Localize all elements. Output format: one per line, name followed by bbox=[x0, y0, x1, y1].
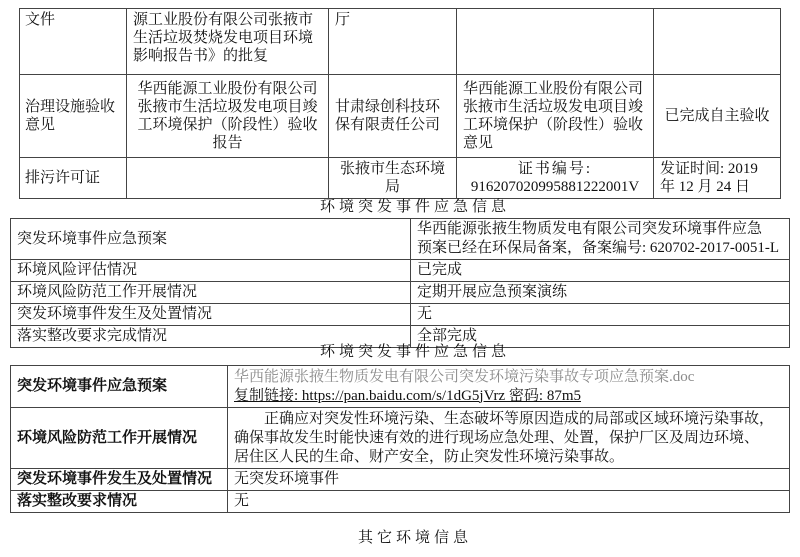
text-line: 甘肃绿创科技环 bbox=[335, 98, 450, 116]
table-row-acceptance: 治理设施验收 意见 华西能源工业股份有限公司 张掖市生活垃圾发电项目竣 工环境保… bbox=[20, 75, 781, 158]
row-value: 定期开展应急预案演练 bbox=[411, 282, 790, 304]
label-text: 文件 bbox=[25, 11, 120, 29]
cert-number: 916207020995881222001V bbox=[463, 178, 647, 196]
text-line: 华西能源工业股份有限公司 bbox=[463, 80, 647, 98]
file-dept-cell: 厅 bbox=[329, 9, 457, 75]
text-line: 华西能源张掖生物质发电有限公司突发环境事件应急 bbox=[417, 220, 783, 239]
acceptance-opinion-cell: 华西能源工业股份有限公司 张掖市生活垃圾发电项目竣 工环境保护（阶段性）验收 意… bbox=[457, 75, 654, 158]
pan-baidu-link[interactable]: 复制链接: https://pan.baidu.com/s/1dG5jVrz 密… bbox=[234, 387, 783, 406]
row-label-acceptance: 治理设施验收 意见 bbox=[20, 75, 127, 158]
row-value: 已完成 bbox=[411, 260, 790, 282]
text-line: 保有限责任公司 bbox=[335, 116, 450, 134]
acceptance-report-cell: 华西能源工业股份有限公司 张掖市生活垃圾发电项目竣 工环境保护（阶段性）验收 报… bbox=[127, 75, 329, 158]
text-line: 工环境保护（阶段性）验收 bbox=[463, 116, 647, 134]
section-title-emergency-2: 环境突发事件应急信息 bbox=[30, 344, 800, 360]
text-line: 预案已经在环保局备案，备案编号: 620702-2017-0051-L bbox=[417, 239, 783, 258]
plan-document-cell: 华西能源张掖生物质发电有限公司突发环境污染事故专项应急预案.doc 复制链接: … bbox=[228, 366, 790, 408]
row-label: 落实整改要求情况 bbox=[11, 491, 228, 513]
row-value: 无 bbox=[228, 491, 790, 513]
permit-cert-cell: 证书编号: 916207020995881222001V bbox=[457, 158, 654, 199]
text-line: 张掖市生活垃圾发电项目竣 bbox=[133, 98, 322, 116]
risk-prevention-cell: 正确应对突发性环境污染、生态破坏等原因造成的局部或区域环境污染事故， 确保事故发… bbox=[228, 408, 790, 469]
text-line: 华西能源工业股份有限公司 bbox=[133, 80, 322, 98]
text-line: 发证时间: 2019 bbox=[660, 160, 774, 178]
section-title-emergency-1: 环境突发事件应急信息 bbox=[30, 199, 800, 215]
text-line: 生活垃圾焚烧发电项目环境 bbox=[133, 29, 322, 47]
table-row: 落实整改要求情况 无 bbox=[11, 491, 790, 513]
file-approval-cell: 源工业股份有限公司张掖市 生活垃圾焚烧发电项目环境 影响报告书》的批复 bbox=[127, 9, 329, 75]
row-label: 突发环境事件发生及处置情况 bbox=[11, 304, 411, 326]
text-line: 年 12 月 24 日 bbox=[660, 178, 774, 196]
row-label: 突发环境事件发生及处置情况 bbox=[11, 469, 228, 491]
table-row: 突发环境事件发生及处置情况 无突发环境事件 bbox=[11, 469, 790, 491]
table-row: 环境风险防范工作开展情况 定期开展应急预案演练 bbox=[11, 282, 790, 304]
text-line: 源工业股份有限公司张掖市 bbox=[133, 11, 322, 29]
empty-cell bbox=[654, 9, 781, 75]
text-line: 张掖市生活垃圾发电项目竣 bbox=[463, 98, 647, 116]
text-line: 影响报告书》的批复 bbox=[133, 47, 322, 65]
permit-authority-cell: 张掖市生态环境 局 bbox=[329, 158, 457, 199]
table-row: 环境风险防范工作开展情况 正确应对突发性环境污染、生态破坏等原因造成的局部或区域… bbox=[11, 408, 790, 469]
plan-doc-filename: 华西能源张掖生物质发电有限公司突发环境污染事故专项应急预案.doc bbox=[234, 368, 783, 387]
text-line: 居住区人民的生命、财产安全，防止突发性环境污染事故。 bbox=[234, 448, 783, 467]
emergency-info-table-2: 突发环境事件应急预案 华西能源张掖生物质发电有限公司突发环境污染事故专项应急预案… bbox=[10, 365, 790, 513]
text-line: 厅 bbox=[335, 11, 450, 29]
row-label: 环境风险防范工作开展情况 bbox=[11, 282, 411, 304]
text-line: 意见 bbox=[463, 134, 647, 152]
acceptance-agency-cell: 甘肃绿创科技环 保有限责任公司 bbox=[329, 75, 457, 158]
table-row: 突发环境事件应急预案 华西能源张掖生物质发电有限公司突发环境事件应急 预案已经在… bbox=[11, 219, 790, 260]
emergency-info-table-1: 突发环境事件应急预案 华西能源张掖生物质发电有限公司突发环境事件应急 预案已经在… bbox=[10, 218, 790, 348]
row-label: 突发环境事件应急预案 bbox=[11, 219, 411, 260]
row-label: 突发环境事件应急预案 bbox=[11, 366, 228, 408]
label-text: 治理设施验收 bbox=[25, 98, 120, 116]
row-value: 无突发环境事件 bbox=[228, 469, 790, 491]
table-row: 突发环境事件发生及处置情况 无 bbox=[11, 304, 790, 326]
row-value: 无 bbox=[411, 304, 790, 326]
row-label-file: 文件 bbox=[20, 9, 127, 75]
table-row: 环境风险评估情况 已完成 bbox=[11, 260, 790, 282]
acceptance-status-cell: 已完成自主验收 bbox=[654, 75, 781, 158]
empty-cell bbox=[457, 9, 654, 75]
text-line: 张掖市生态环境 bbox=[335, 160, 450, 178]
text-line: 工环境保护（阶段性）验收 bbox=[133, 116, 322, 134]
table-row-permit: 排污许可证 张掖市生态环境 局 证书编号: 916207020995881222… bbox=[20, 158, 781, 199]
permit-acceptance-table: 文件 源工业股份有限公司张掖市 生活垃圾焚烧发电项目环境 影响报告书》的批复 厅… bbox=[19, 8, 781, 199]
section-title-other-info: 其它环境信息 bbox=[30, 530, 800, 546]
row-label: 环境风险评估情况 bbox=[11, 260, 411, 282]
table-row-file: 文件 源工业股份有限公司张掖市 生活垃圾焚烧发电项目环境 影响报告书》的批复 厅 bbox=[20, 9, 781, 75]
row-label: 环境风险防范工作开展情况 bbox=[11, 408, 228, 469]
text-line: 报告 bbox=[133, 134, 322, 152]
permit-issue-date-cell: 发证时间: 2019 年 12 月 24 日 bbox=[654, 158, 781, 199]
text-line: 局 bbox=[335, 178, 450, 196]
table-row: 突发环境事件应急预案 华西能源张掖生物质发电有限公司突发环境污染事故专项应急预案… bbox=[11, 366, 790, 408]
status-text: 已完成自主验收 bbox=[660, 107, 774, 125]
cert-label: 证书编号: bbox=[463, 160, 647, 178]
environment-disclosure-page: 文件 源工业股份有限公司张掖市 生活垃圾焚烧发电项目环境 影响报告书》的批复 厅… bbox=[0, 0, 800, 557]
text-line: 确保事故发生时能快速有效的进行现场应急处理、处置，保护厂区及周边环境、 bbox=[234, 429, 783, 448]
empty-cell bbox=[127, 158, 329, 199]
text-line: 正确应对突发性环境污染、生态破坏等原因造成的局部或区域环境污染事故， bbox=[234, 410, 783, 429]
plan-filing-cell: 华西能源张掖生物质发电有限公司突发环境事件应急 预案已经在环保局备案，备案编号:… bbox=[411, 219, 790, 260]
row-label-permit: 排污许可证 bbox=[20, 158, 127, 199]
label-text: 排污许可证 bbox=[25, 169, 120, 187]
label-text: 意见 bbox=[25, 116, 120, 134]
